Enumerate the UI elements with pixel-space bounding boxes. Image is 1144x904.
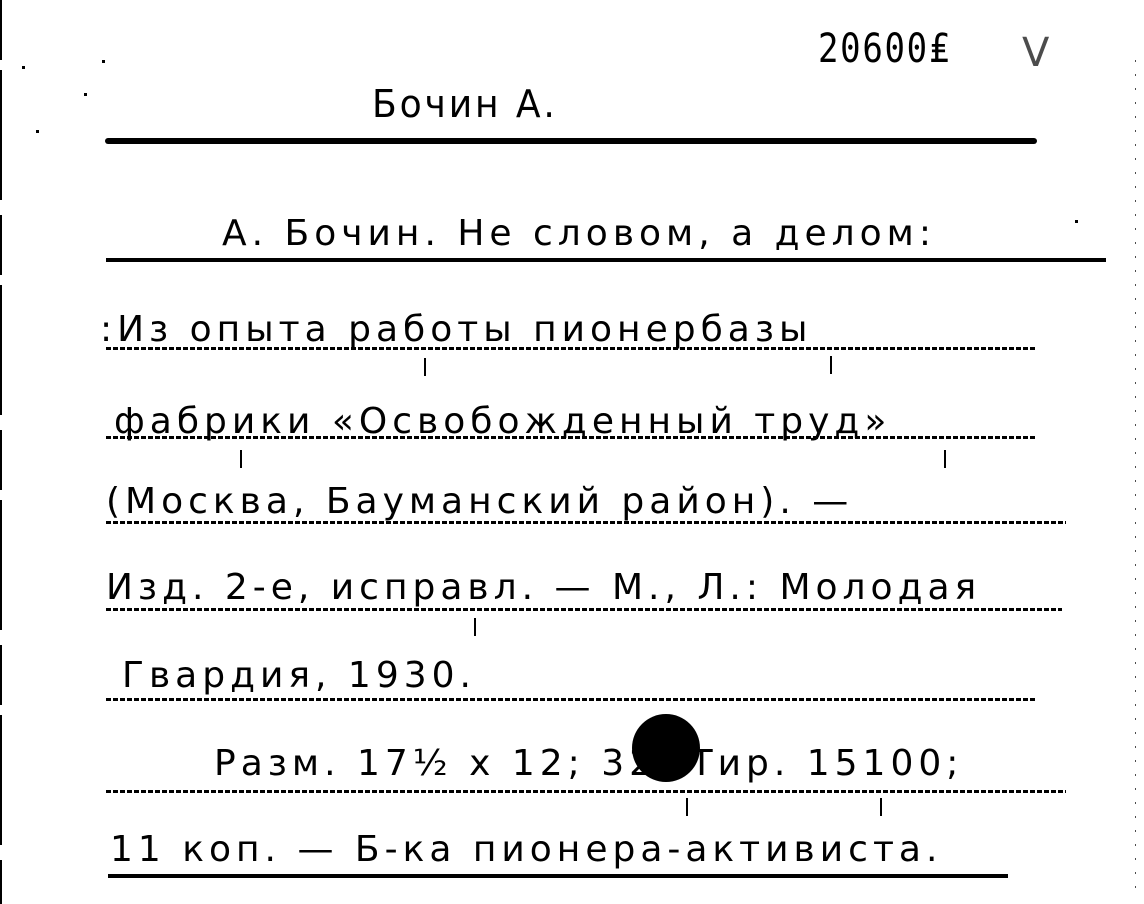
scan-speck bbox=[22, 66, 25, 69]
scan-speck bbox=[102, 60, 105, 63]
descender-mark bbox=[686, 798, 688, 816]
scan-speck bbox=[36, 130, 39, 133]
entry-rule-5 bbox=[106, 608, 1062, 611]
entry-line-2: :Из опыта работы пионербазы bbox=[100, 312, 812, 348]
entry-line-4: (Москва, Бауманский район). — bbox=[106, 484, 853, 520]
descender-mark bbox=[240, 450, 242, 468]
entry-rule-4 bbox=[106, 521, 1066, 524]
punch-hole bbox=[632, 714, 700, 782]
entry-rule-2 bbox=[106, 347, 1036, 350]
descender-mark bbox=[880, 798, 882, 816]
check-mark: V bbox=[1022, 30, 1049, 76]
accession-number-value: 20600 bbox=[818, 26, 929, 72]
descender-mark bbox=[424, 358, 426, 376]
entry-line-5: Изд. 2-е, исправл. — М., Л.: Молодая bbox=[106, 570, 981, 606]
entry-line-6: Гвардия, 1930. bbox=[122, 658, 476, 694]
entry-rule-1 bbox=[106, 258, 1106, 262]
entry-rule-7 bbox=[106, 790, 1066, 793]
entry-line-8: 11 коп. — Б-ка пионера-активиста. bbox=[110, 832, 942, 868]
accession-number: 20600₤ bbox=[818, 26, 951, 72]
card-left-edge bbox=[0, 0, 2, 904]
catalog-card: 20600₤ V Бочин А. А. Бочин. Не словом, а… bbox=[0, 0, 1144, 904]
accession-mark: ₤ bbox=[929, 26, 951, 72]
entry-rule-8 bbox=[108, 874, 1008, 878]
entry-rule-3 bbox=[106, 436, 1036, 439]
scan-speck bbox=[84, 93, 87, 96]
heading-rule bbox=[105, 138, 1037, 144]
entry-line-7: Разм. 17½ х 12; 32; Тир. 15100; bbox=[214, 746, 963, 782]
entry-rule-6 bbox=[106, 698, 1036, 701]
card-right-edge bbox=[1135, 60, 1136, 900]
card-heading-author: Бочин А. bbox=[372, 82, 558, 126]
entry-line-3: фабрики «Освобожденный труд» bbox=[114, 404, 891, 440]
entry-line-1: А. Бочин. Не словом, а делом: bbox=[222, 216, 936, 252]
scan-speck bbox=[1075, 220, 1078, 223]
descender-mark bbox=[830, 356, 832, 374]
descender-mark bbox=[944, 450, 946, 468]
descender-mark bbox=[474, 618, 476, 636]
